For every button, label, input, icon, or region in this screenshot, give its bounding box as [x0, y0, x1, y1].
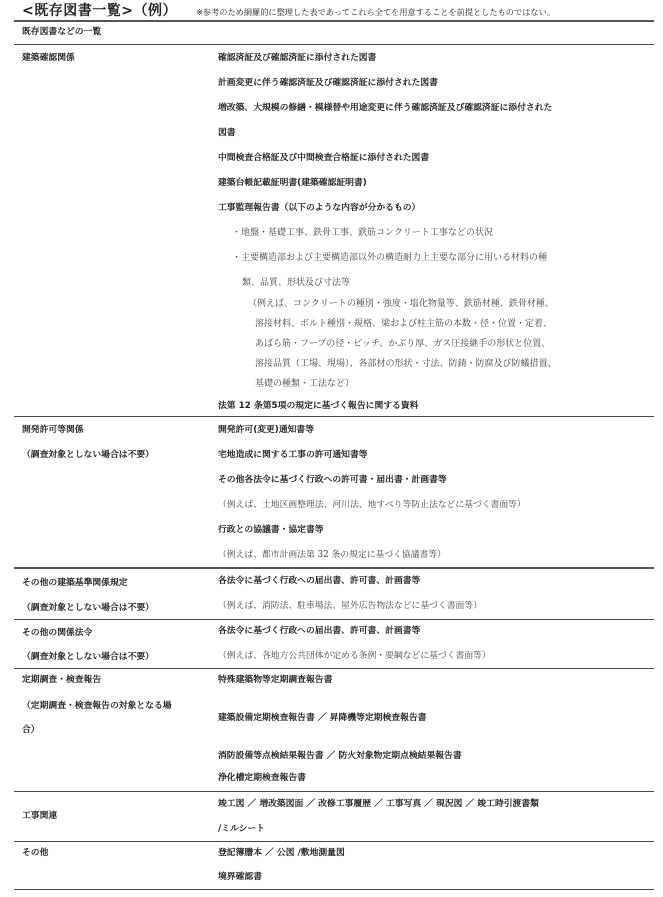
list-example: （例えば、土地区画整理法、河川法、地すべり等防止法などに基づく書面等）: [218, 499, 526, 511]
category-label: 開発許可等関係: [22, 424, 84, 436]
list-item: 消防設備等点検結果報告書 ／ 防火対象物定期点検結果報告書: [218, 750, 462, 762]
list-subitem: 基礎の種類・工法など）: [255, 378, 354, 390]
section-divider: [14, 841, 654, 842]
disclaimer-note: ※参考のため網羅的に整理した表であってこれら全てを用意することを前提としたもので…: [196, 7, 555, 18]
list-subitem: ・主要構造部および主要構造部以外の構造耐力上主要な部分に用いる材料の種: [232, 252, 547, 264]
category-note: （調査対象としない場合は不要）: [22, 651, 154, 663]
category-note: （調査対象としない場合は不要）: [22, 449, 154, 461]
list-item: 境界確認書: [218, 871, 262, 883]
document-title: <既存図書一覧>（例）: [22, 0, 177, 20]
category-label: 建築確認関係: [22, 52, 75, 64]
list-item: 工事監理報告書（以下のような内容が分かるもの）: [218, 202, 420, 214]
list-item: 法第 12 条第5項の規定に基づく報告に関する資料: [218, 400, 418, 412]
list-item: 特殊建築物等定期調査報告書: [218, 674, 332, 686]
category-label: 工事関連: [22, 810, 57, 822]
list-subitem: 類、品質、形状及び寸法等: [242, 277, 350, 289]
list-item: 宅地造成に関する工事の許可通知書等: [218, 449, 368, 461]
list-item: 各法令に基づく行政への届出書、許可書、計画書等: [218, 575, 420, 587]
section-divider: [14, 416, 654, 417]
list-subitem: ・地盤・基礎工事、鉄骨工事、鉄筋コンクリート工事などの状況: [232, 227, 493, 239]
category-label: その他の建築基準関係規定: [22, 577, 128, 589]
list-item: 計画変更に伴う確認済証及び確認済証に添付された図書: [218, 77, 438, 89]
table-top-border: [14, 20, 654, 22]
table-bottom-border: [14, 889, 654, 890]
section-divider: [14, 791, 654, 792]
category-label: その他の関係法令: [22, 627, 92, 639]
list-item: 建築台帳記載証明書(建築確認証明書): [218, 177, 367, 189]
category-note: 合）: [22, 724, 40, 736]
section-divider: [14, 567, 654, 569]
list-item: 行政との協議書・協定書等: [218, 524, 324, 536]
list-example: （例えば、消防法、駐車場法、屋外広告物法などに基づく書面等）: [218, 600, 482, 612]
list-example: （例えば、各地方公共団体が定める条例・要綱などに基づく書面等）: [218, 650, 491, 662]
list-subitem: 溶接材料、ボルト種別・規格、梁および柱主筋の本数・径・位置・定着、: [255, 318, 552, 330]
list-item: 竣工図 ／ 増改築図面 ／ 改修工事履歴 ／ 工事写真 ／ 現況図 ／ 竣工時引…: [218, 798, 539, 810]
list-item: 浄化槽定期検査報告書: [218, 772, 306, 784]
category-label: その他: [22, 847, 48, 859]
document-title-row: <既存図書一覧>（例） ※参考のため網羅的に整理した表であってこれら全てを用意す…: [22, 0, 652, 20]
list-item: 建築設備定期検査報告書 ／ 昇降機等定期検査報告書: [218, 712, 426, 724]
list-example: （例えば、都市計画法第 32 条の規定に基づく協議書等）: [218, 549, 446, 561]
section-divider: [14, 668, 654, 669]
list-item: その他各法令に基づく行政への許可書・届出書・計画書等: [218, 474, 447, 486]
list-subitem: （例えば、コンクリートの種別・強度・塩化物量等、鉄筋材種、鉄骨材種、: [248, 298, 554, 310]
list-item: 開発許可(変更)通知書等: [218, 424, 314, 436]
table-header: 既存図書などの一覧: [22, 26, 101, 38]
category-note: （調査対象としない場合は不要）: [22, 602, 154, 614]
list-item: /ミルシート: [218, 823, 265, 835]
list-subitem: 溶接品質（工場、現場）、各部材の形状・寸法、防錆・防腐及び防蟻措置、: [255, 358, 557, 370]
category-note: （定期調査・検査報告の対象となる場: [22, 700, 172, 712]
list-item: 図書: [218, 127, 236, 139]
list-item: 登記簿謄本 ／ 公図 /敷地測量図: [218, 847, 345, 859]
section-divider: [14, 619, 654, 620]
list-item: 各法令に基づく行政への届出書、許可書、計画書等: [218, 625, 420, 637]
list-subitem: あばら筋・フープの径・ピッチ、かぶり厚、ガス圧接継手の形状と位置、: [255, 338, 550, 350]
list-item: 増改築、大規模の修繕・模様替や用途変更に伴う確認済証及び確認済証に添付された: [218, 102, 552, 114]
list-item: 中間検査合格証及び中間検査合格証に添付された図書: [218, 152, 429, 164]
header-divider: [14, 44, 654, 45]
category-label: 定期調査・検査報告: [22, 674, 101, 686]
list-item: 確認済証及び確認済証に添付された図書: [218, 52, 376, 64]
